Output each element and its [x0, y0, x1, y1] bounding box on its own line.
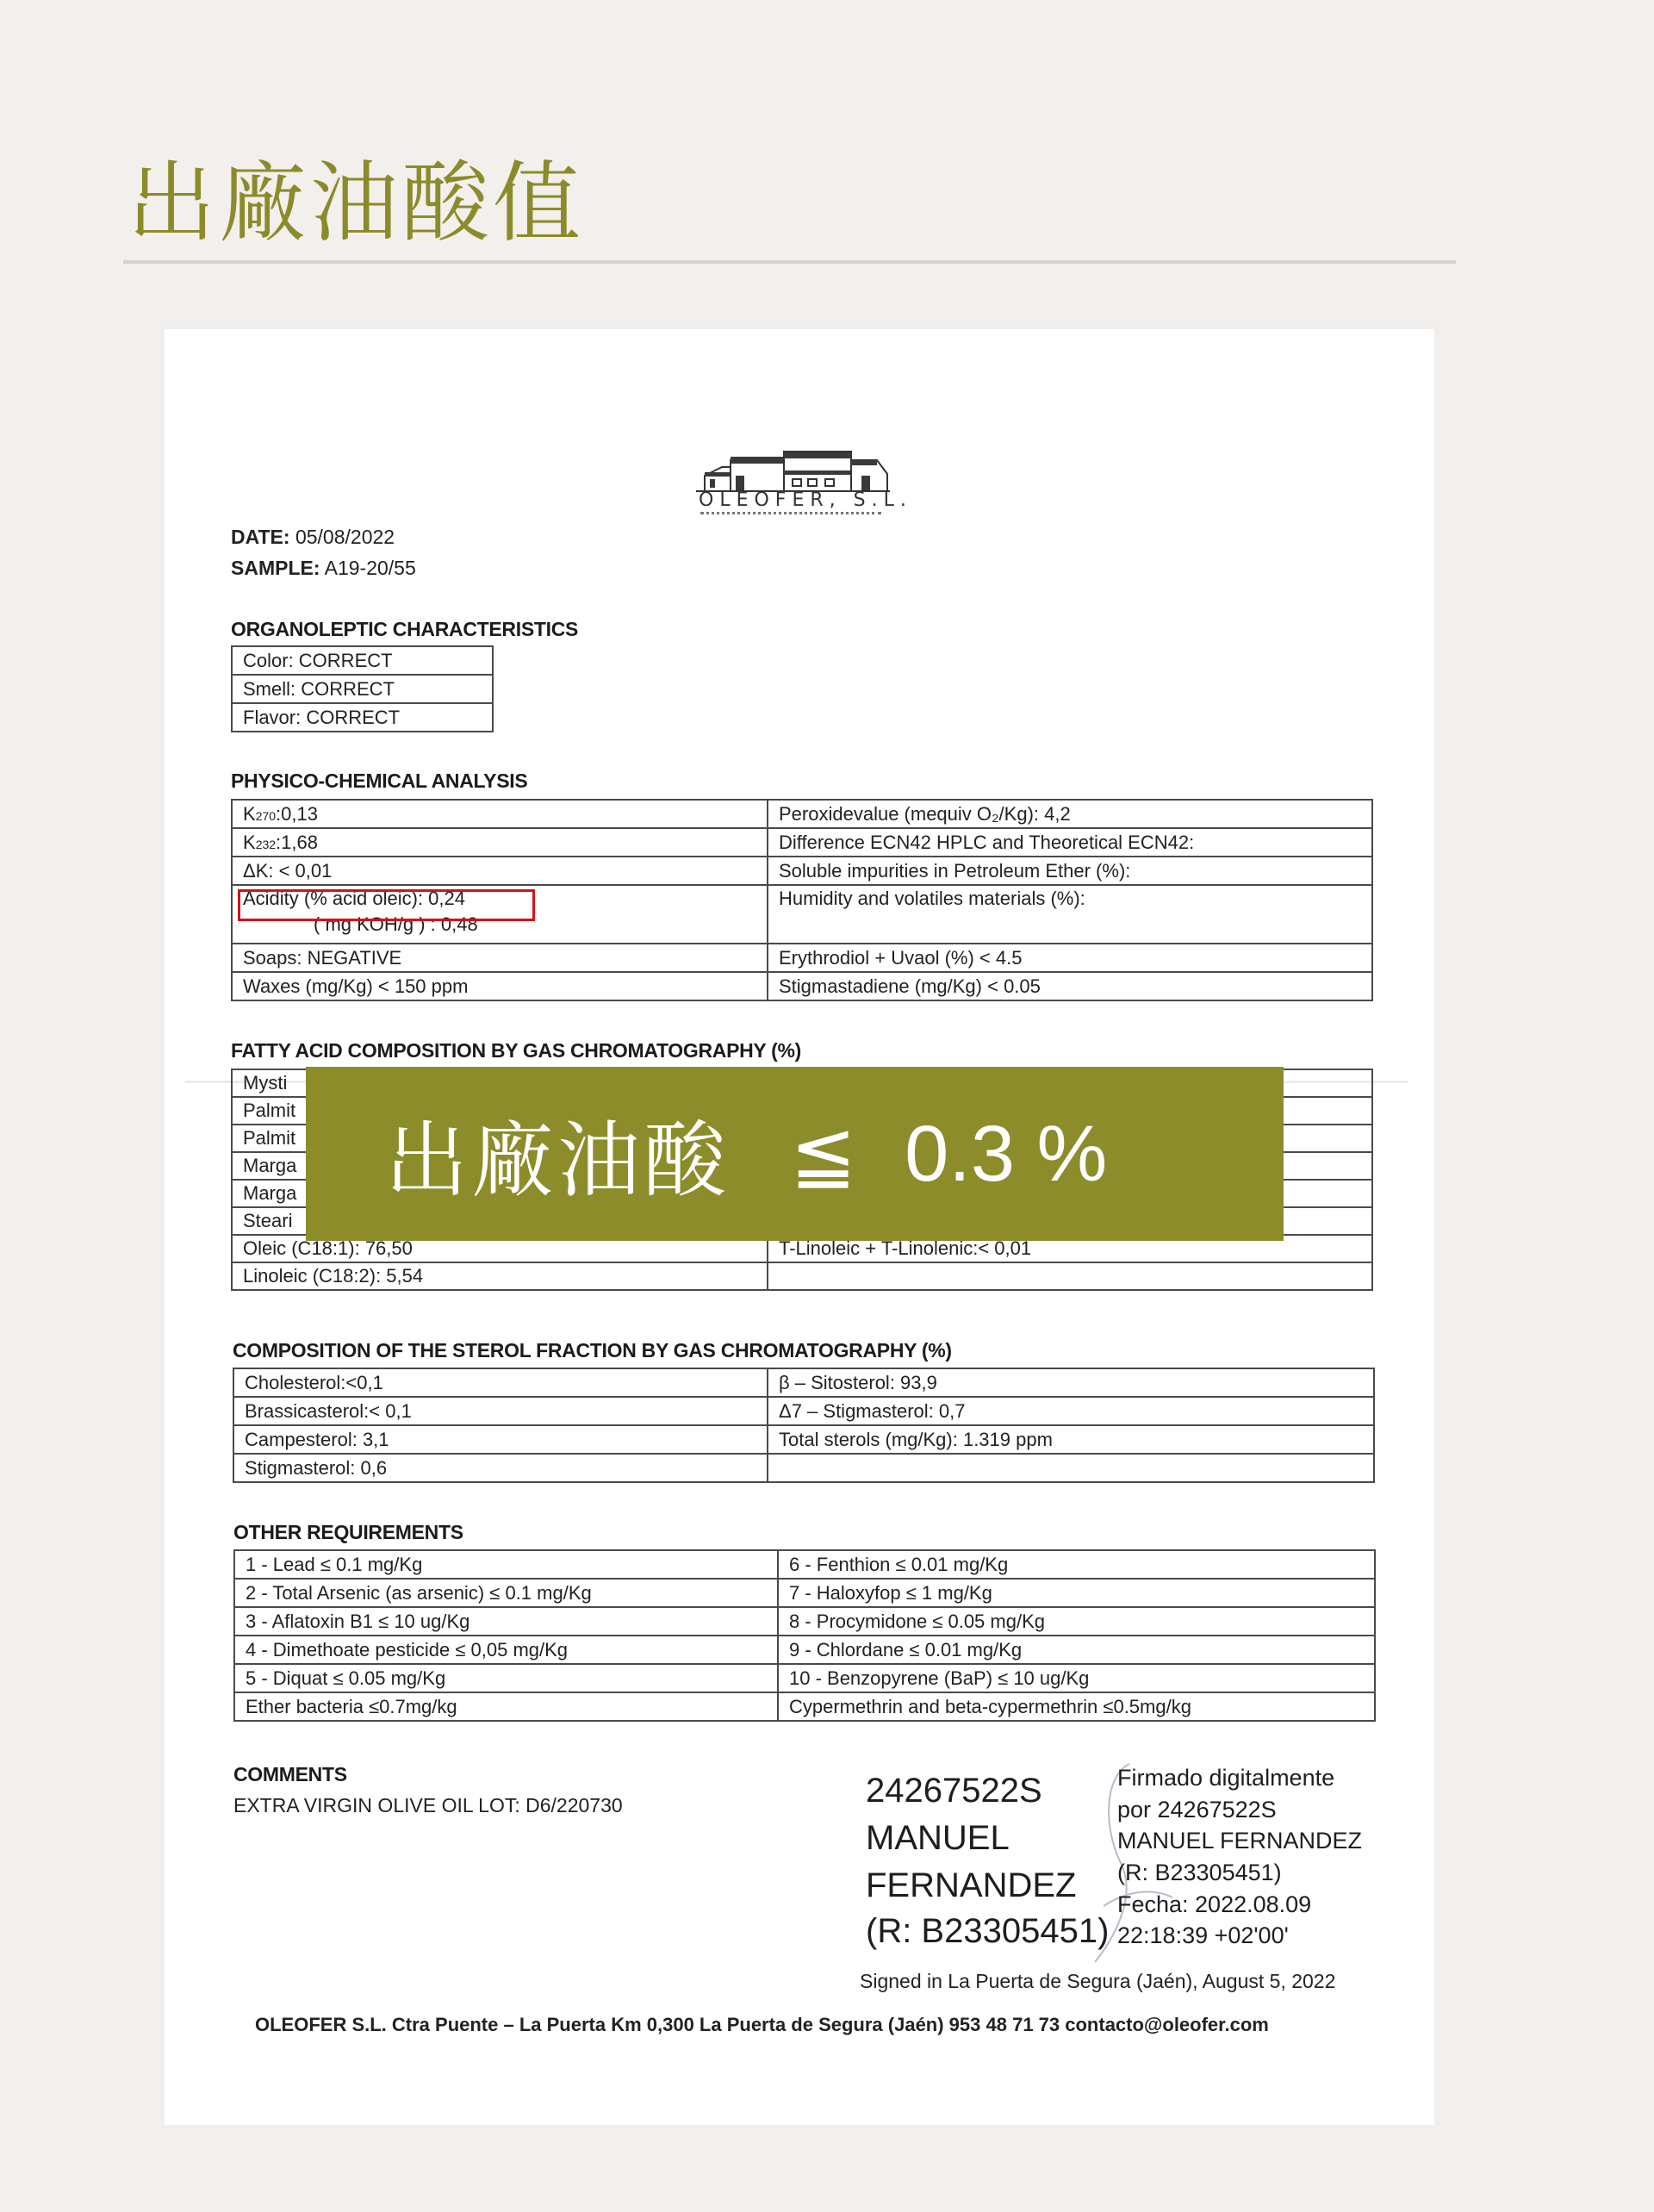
physico-heading: PHYSICO-CHEMICAL ANALYSIS — [231, 770, 527, 793]
banner-label: 出廠油酸 — [385, 1095, 730, 1213]
table-cell: Color: CORRECT — [232, 646, 493, 675]
table-row: Ether bacteria ≤0.7mg/kgCypermethrin and… — [234, 1692, 1375, 1721]
banner-value: 0.3 % — [905, 1109, 1107, 1199]
certificate-image: OLEOFER, S.L. DATE: 05/08/2022 SAMPLE: A… — [165, 329, 1434, 2125]
table-cell: ΔK: < 0,01 — [232, 857, 768, 885]
table-cell: 8 - Procymidone ≤ 0.05 mg/Kg — [778, 1607, 1375, 1636]
comments-heading: COMMENTS — [233, 1763, 347, 1786]
table-cell: Peroxidevalue (mequiv O₂/Kg): 4,2 — [768, 800, 1372, 828]
company-name: OLEOFER, S.L. — [699, 489, 912, 511]
table-cell: 7 - Haloxyfop ≤ 1 mg/Kg — [778, 1579, 1375, 1607]
date-line: DATE: 05/08/2022 — [231, 526, 395, 549]
table-cell: Cholesterol:<0,1 — [233, 1368, 768, 1397]
comments-text: EXTRA VIRGIN OLIVE OIL LOT: D6/220730 — [233, 1794, 623, 1817]
table-row: Stigmasterol: 0,6 — [233, 1454, 1374, 1482]
table-row: 1 - Lead ≤ 0.1 mg/Kg6 - Fenthion ≤ 0.01 … — [234, 1550, 1375, 1579]
date-label: DATE: — [231, 526, 290, 548]
signer-last-name: FERNANDEZ — [866, 1868, 1076, 1903]
table-row: ΔK: < 0,01 Soluble impurities in Petrole… — [232, 857, 1372, 885]
table-cell: Campesterol: 3,1 — [233, 1425, 768, 1454]
table-row: 5 - Diquat ≤ 0.05 mg/Kg10 - Benzopyrene … — [234, 1664, 1375, 1692]
table-cell: Stigmastadiene (mg/Kg) < 0.05 — [768, 972, 1372, 1000]
table-row: Campesterol: 3,1Total sterols (mg/Kg): 1… — [233, 1425, 1374, 1454]
table-cell — [768, 1454, 1374, 1482]
table-row: Soaps: NEGATIVE Erythrodiol + Uvaol (%) … — [232, 944, 1372, 972]
table-row: K232:1,68 Difference ECN42 HPLC and Theo… — [232, 828, 1372, 857]
table-cell: Smell: CORRECT — [232, 675, 493, 703]
signed-in-line: Signed in La Puerta de Segura (Jaén), Au… — [860, 1970, 1335, 1993]
digital-sign-line: MANUEL FERNANDEZ — [1117, 1829, 1362, 1853]
company-tagline — [700, 512, 881, 520]
table-row: 3 - Aflatoxin B1 ≤ 10 ug/Kg8 - Procymido… — [234, 1607, 1375, 1636]
table-cell: 6 - Fenthion ≤ 0.01 mg/Kg — [778, 1550, 1375, 1579]
table-cell: K232:1,68 — [232, 828, 768, 857]
table-cell — [768, 1262, 1372, 1290]
table-cell: 10 - Benzopyrene (BaP) ≤ 10 ug/Kg — [778, 1664, 1375, 1692]
company-footer: OLEOFER S.L. Ctra Puente – La Puerta Km … — [255, 2014, 1269, 2036]
table-cell: 3 - Aflatoxin B1 ≤ 10 ug/Kg — [234, 1607, 778, 1636]
oleic-limit-banner: 出廠油酸 ≦ 0.3 % — [306, 1067, 1284, 1241]
table-cell: Erythrodiol + Uvaol (%) < 4.5 — [768, 944, 1372, 972]
table-cell: 5 - Diquat ≤ 0.05 mg/Kg — [234, 1664, 778, 1692]
table-row: Color: CORRECT — [232, 646, 493, 675]
other-requirements-heading: OTHER REQUIREMENTS — [233, 1521, 463, 1544]
table-cell: Δ7 – Stigmasterol: 0,7 — [768, 1397, 1374, 1425]
table-cell: Total sterols (mg/Kg): 1.319 ppm — [768, 1425, 1374, 1454]
signer-id: 24267522S — [866, 1773, 1042, 1808]
sample-line: SAMPLE: A19-20/55 — [231, 557, 416, 580]
table-row: 2 - Total Arsenic (as arsenic) ≤ 0.1 mg/… — [234, 1579, 1375, 1607]
table-row: K270:0,13 Peroxidevalue (mequiv O₂/Kg): … — [232, 800, 1372, 828]
table-cell: K270:0,13 — [232, 800, 768, 828]
table-cell: Soluble impurities in Petroleum Ether (%… — [768, 857, 1372, 885]
digital-sign-line: por 24267522S — [1117, 1798, 1277, 1822]
table-row: Waxes (mg/Kg) < 150 ppm Stigmastadiene (… — [232, 972, 1372, 1000]
table-cell: β – Sitosterol: 93,9 — [768, 1368, 1374, 1397]
table-cell: Linoleic (C18:2): 5,54 — [232, 1262, 768, 1290]
digital-sign-line: Firmado digitalmente — [1117, 1766, 1334, 1790]
digital-sign-time: 22:18:39 +02'00' — [1117, 1924, 1289, 1947]
table-row: Flavor: CORRECT — [232, 703, 493, 732]
table-row: Brassicasterol:< 0,1Δ7 – Stigmasterol: 0… — [233, 1397, 1374, 1425]
table-cell: Cypermethrin and beta-cypermethrin ≤0.5m… — [778, 1692, 1375, 1721]
title-divider — [123, 260, 1456, 264]
table-row: Linoleic (C18:2): 5,54 — [232, 1262, 1372, 1290]
signer-registry: (R: B23305451) — [866, 1914, 1109, 1948]
table-row: 4 - Dimethoate pesticide ≤ 0,05 mg/Kg9 -… — [234, 1636, 1375, 1664]
sterol-heading: COMPOSITION OF THE STEROL FRACTION BY GA… — [233, 1339, 952, 1362]
table-row: Smell: CORRECT — [232, 675, 493, 703]
table-cell: Brassicasterol:< 0,1 — [233, 1397, 768, 1425]
table-cell: Stigmasterol: 0,6 — [233, 1454, 768, 1482]
organoleptic-table: Color: CORRECT Smell: CORRECT Flavor: CO… — [231, 645, 494, 732]
page-title: 出廠油酸值 — [127, 160, 584, 248]
table-cell: Ether bacteria ≤0.7mg/kg — [234, 1692, 778, 1721]
table-cell: 2 - Total Arsenic (as arsenic) ≤ 0.1 mg/… — [234, 1579, 778, 1607]
fatty-acid-heading: FATTY ACID COMPOSITION BY GAS CHROMATOGR… — [231, 1039, 801, 1062]
sterol-table: Cholesterol:<0,1β – Sitosterol: 93,9Bras… — [233, 1368, 1375, 1483]
sample-value: A19-20/55 — [325, 557, 416, 579]
table-cell: Soaps: NEGATIVE — [232, 944, 768, 972]
signer-first-name: MANUEL — [866, 1821, 1010, 1855]
acidity-highlight-box — [238, 889, 535, 921]
digital-sign-line: (R: B23305451) — [1117, 1861, 1282, 1885]
less-equal-symbol: ≦ — [790, 1108, 856, 1200]
table-row: Cholesterol:<0,1β – Sitosterol: 93,9 — [233, 1368, 1374, 1397]
digital-sign-date: Fecha: 2022.08.09 — [1117, 1893, 1311, 1916]
table-cell: 9 - Chlordane ≤ 0.01 mg/Kg — [778, 1636, 1375, 1664]
date-value: 05/08/2022 — [295, 526, 395, 548]
table-cell: Flavor: CORRECT — [232, 703, 493, 732]
analysis-certificate: OLEOFER, S.L. DATE: 05/08/2022 SAMPLE: A… — [165, 329, 1434, 2125]
table-cell: Humidity and volatiles materials (%): — [768, 885, 1372, 944]
organoleptic-heading: ORGANOLEPTIC CHARACTERISTICS — [231, 618, 578, 641]
table-cell: Difference ECN42 HPLC and Theoretical EC… — [768, 828, 1372, 857]
table-cell: 1 - Lead ≤ 0.1 mg/Kg — [234, 1550, 778, 1579]
table-cell: Waxes (mg/Kg) < 150 ppm — [232, 972, 768, 1000]
table-cell: 4 - Dimethoate pesticide ≤ 0,05 mg/Kg — [234, 1636, 778, 1664]
other-requirements-table: 1 - Lead ≤ 0.1 mg/Kg6 - Fenthion ≤ 0.01 … — [233, 1549, 1376, 1722]
sample-label: SAMPLE: — [231, 557, 320, 579]
